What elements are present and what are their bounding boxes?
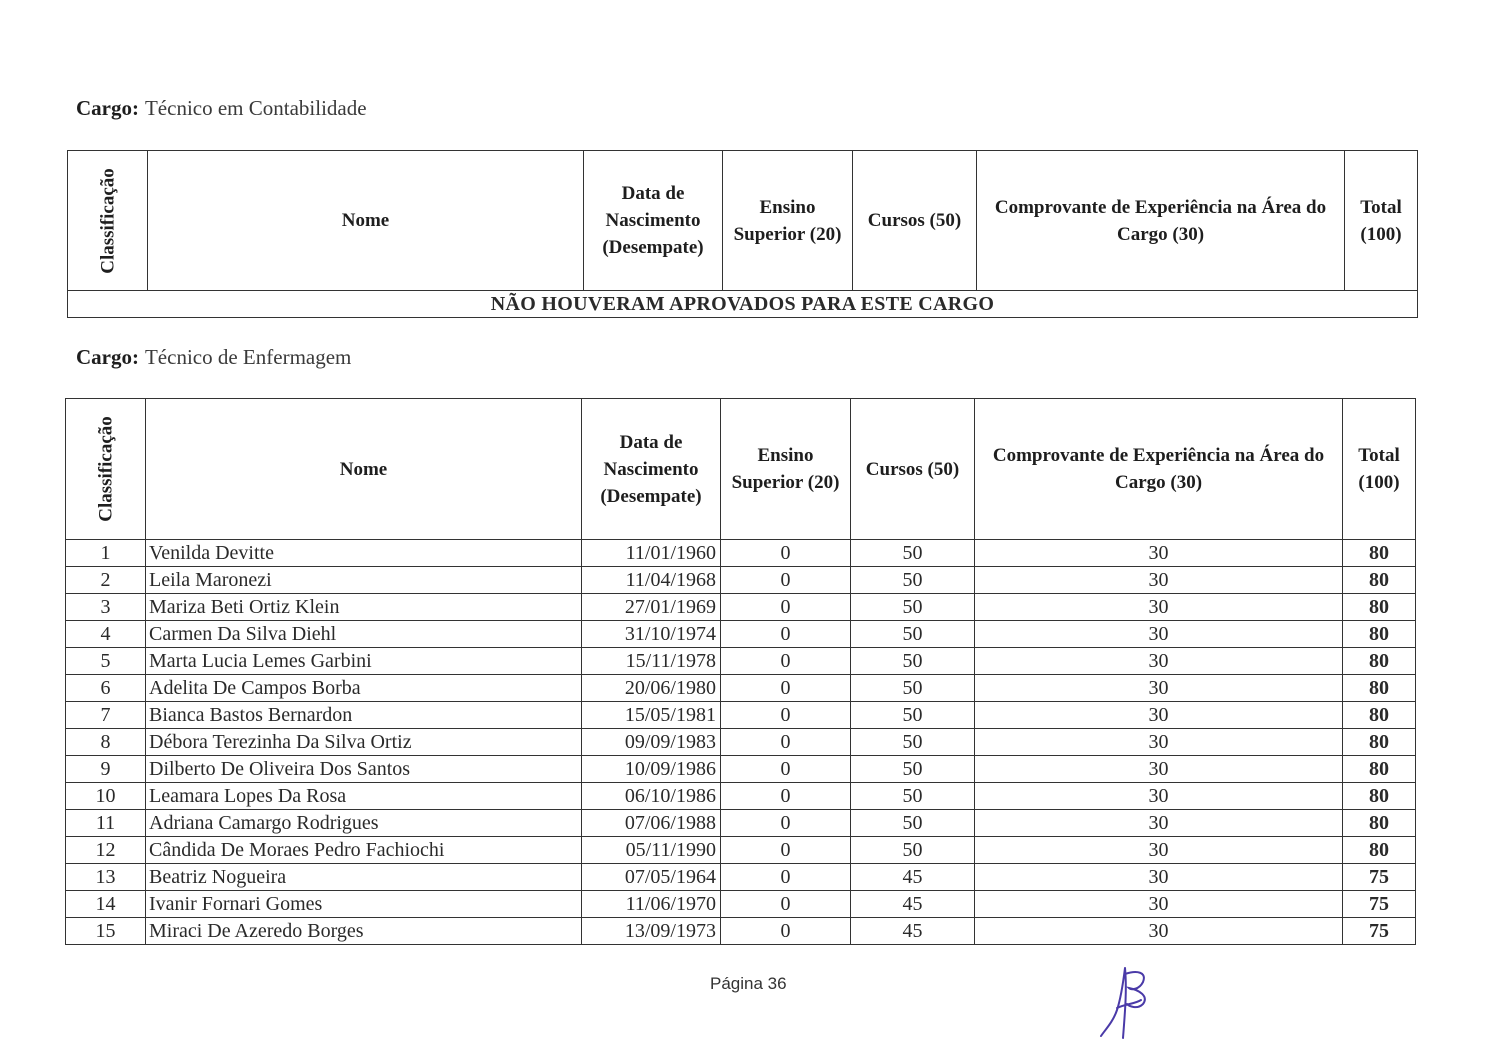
ensino-cell: 0 [721,783,851,810]
total-cell: 80 [1343,756,1416,783]
name-cell: Venilda Devitte [146,540,582,567]
ensino-cell: 0 [721,891,851,918]
table-row: 8Débora Terezinha Da Silva Ortiz09/09/19… [66,729,1416,756]
table-enfermagem: Classificação Nome Data de Nascimento (D… [65,398,1416,945]
rank-cell: 1 [66,540,146,567]
experiencia-cell: 30 [975,810,1343,837]
header-total: Total (100) [1345,151,1418,291]
birth-date-cell: 07/05/1964 [582,864,721,891]
rank-cell: 13 [66,864,146,891]
experiencia-cell: 30 [975,729,1343,756]
total-cell: 80 [1343,648,1416,675]
ensino-cell: 0 [721,837,851,864]
name-cell: Mariza Beti Ortiz Klein [146,594,582,621]
birth-date-cell: 07/06/1988 [582,810,721,837]
experiencia-cell: 30 [975,864,1343,891]
page-number: Página 36 [710,974,787,994]
experiencia-cell: 30 [975,594,1343,621]
table-row: 9Dilberto De Oliveira Dos Santos10/09/19… [66,756,1416,783]
name-cell: Adriana Camargo Rodrigues [146,810,582,837]
header-experiencia: Comprovante de Experiência na Área do Ca… [977,151,1345,291]
table-row: 4Carmen Da Silva Diehl31/10/19740503080 [66,621,1416,648]
name-cell: Débora Terezinha Da Silva Ortiz [146,729,582,756]
total-cell: 80 [1343,594,1416,621]
cursos-cell: 50 [851,675,975,702]
rank-cell: 11 [66,810,146,837]
cargo-title-enfermagem: Cargo:Técnico de Enfermagem [76,345,351,370]
cargo-title-contabilidade: Cargo:Técnico em Contabilidade [76,96,367,121]
cursos-cell: 50 [851,648,975,675]
total-cell: 80 [1343,567,1416,594]
cursos-cell: 50 [851,567,975,594]
header-classificacao: Classificação [68,151,148,291]
cursos-cell: 50 [851,621,975,648]
name-cell: Dilberto De Oliveira Dos Santos [146,756,582,783]
no-approved-message: NÃO HOUVERAM APROVADOS PARA ESTE CARGO [68,291,1418,318]
rank-cell: 6 [66,675,146,702]
ensino-cell: 0 [721,864,851,891]
total-cell: 80 [1343,783,1416,810]
table-row: 3Mariza Beti Ortiz Klein27/01/1969050308… [66,594,1416,621]
ensino-cell: 0 [721,648,851,675]
total-cell: 80 [1343,621,1416,648]
name-cell: Miraci De Azeredo Borges [146,918,582,945]
rank-cell: 9 [66,756,146,783]
table-row: 15Miraci De Azeredo Borges13/09/19730453… [66,918,1416,945]
name-cell: Leila Maronezi [146,567,582,594]
cargo-value: Técnico de Enfermagem [145,345,351,369]
cursos-cell: 45 [851,864,975,891]
total-cell: 75 [1343,891,1416,918]
header-ensino: Ensino Superior (20) [721,399,851,540]
total-cell: 80 [1343,837,1416,864]
name-cell: Ivanir Fornari Gomes [146,891,582,918]
table-row: 6Adelita De Campos Borba20/06/1980050308… [66,675,1416,702]
table-row: 14Ivanir Fornari Gomes11/06/19700453075 [66,891,1416,918]
ensino-cell: 0 [721,621,851,648]
birth-date-cell: 20/06/1980 [582,675,721,702]
cursos-cell: 50 [851,837,975,864]
birth-date-cell: 15/05/1981 [582,702,721,729]
rank-cell: 8 [66,729,146,756]
cursos-cell: 45 [851,891,975,918]
name-cell: Adelita De Campos Borba [146,675,582,702]
rank-cell: 12 [66,837,146,864]
table-row: 2Leila Maronezi11/04/19680503080 [66,567,1416,594]
total-cell: 80 [1343,729,1416,756]
cursos-cell: 50 [851,702,975,729]
birth-date-cell: 09/09/1983 [582,729,721,756]
rank-cell: 2 [66,567,146,594]
table-row: 11Adriana Camargo Rodrigues07/06/1988050… [66,810,1416,837]
name-cell: Beatriz Nogueira [146,864,582,891]
header-cursos: Cursos (50) [853,151,977,291]
rank-cell: 7 [66,702,146,729]
experiencia-cell: 30 [975,837,1343,864]
name-cell: Marta Lucia Lemes Garbini [146,648,582,675]
cursos-cell: 50 [851,783,975,810]
birth-date-cell: 11/04/1968 [582,567,721,594]
total-cell: 80 [1343,810,1416,837]
ensino-cell: 0 [721,675,851,702]
ensino-cell: 0 [721,729,851,756]
birth-date-cell: 31/10/1974 [582,621,721,648]
table-row: 13Beatriz Nogueira07/05/19640453075 [66,864,1416,891]
table-row: 12Cândida De Moraes Pedro Fachiochi05/11… [66,837,1416,864]
cursos-cell: 50 [851,756,975,783]
cursos-cell: 50 [851,729,975,756]
experiencia-cell: 30 [975,540,1343,567]
birth-date-cell: 10/09/1986 [582,756,721,783]
cargo-value: Técnico em Contabilidade [145,96,367,120]
rank-cell: 15 [66,918,146,945]
ensino-cell: 0 [721,756,851,783]
experiencia-cell: 30 [975,648,1343,675]
total-cell: 80 [1343,540,1416,567]
header-nome: Nome [146,399,582,540]
rank-cell: 5 [66,648,146,675]
rank-cell: 3 [66,594,146,621]
birth-date-cell: 11/06/1970 [582,891,721,918]
header-cursos: Cursos (50) [851,399,975,540]
cursos-cell: 50 [851,540,975,567]
ensino-cell: 0 [721,594,851,621]
ensino-cell: 0 [721,810,851,837]
table-row: 1Venilda Devitte11/01/19600503080 [66,540,1416,567]
table-row: 7Bianca Bastos Bernardon15/05/1981050308… [66,702,1416,729]
experiencia-cell: 30 [975,918,1343,945]
experiencia-cell: 30 [975,702,1343,729]
total-cell: 75 [1343,864,1416,891]
birth-date-cell: 11/01/1960 [582,540,721,567]
cargo-label: Cargo: [76,345,139,369]
ensino-cell: 0 [721,702,851,729]
table-row: 5Marta Lucia Lemes Garbini15/11/19780503… [66,648,1416,675]
rank-cell: 10 [66,783,146,810]
experiencia-cell: 30 [975,621,1343,648]
total-cell: 75 [1343,918,1416,945]
name-cell: Bianca Bastos Bernardon [146,702,582,729]
total-cell: 80 [1343,675,1416,702]
name-cell: Cândida De Moraes Pedro Fachiochi [146,837,582,864]
header-experiencia: Comprovante de Experiência na Área do Ca… [975,399,1343,540]
table-contabilidade: Classificação Nome Data de Nascimento (D… [67,150,1418,318]
birth-date-cell: 15/11/1978 [582,648,721,675]
experiencia-cell: 30 [975,756,1343,783]
ensino-cell: 0 [721,918,851,945]
experiencia-cell: 30 [975,891,1343,918]
header-classificacao: Classificação [66,399,146,540]
experiencia-cell: 30 [975,567,1343,594]
header-nome: Nome [148,151,584,291]
experiencia-cell: 30 [975,783,1343,810]
signature-icon [1095,960,1165,1040]
birth-date-cell: 13/09/1973 [582,918,721,945]
ensino-cell: 0 [721,540,851,567]
header-data: Data de Nascimento (Desempate) [582,399,721,540]
birth-date-cell: 06/10/1986 [582,783,721,810]
cursos-cell: 45 [851,918,975,945]
cursos-cell: 50 [851,810,975,837]
name-cell: Leamara Lopes Da Rosa [146,783,582,810]
birth-date-cell: 05/11/1990 [582,837,721,864]
header-data: Data de Nascimento (Desempate) [584,151,723,291]
ensino-cell: 0 [721,567,851,594]
header-ensino: Ensino Superior (20) [723,151,853,291]
experiencia-cell: 30 [975,675,1343,702]
birth-date-cell: 27/01/1969 [582,594,721,621]
cursos-cell: 50 [851,594,975,621]
total-cell: 80 [1343,702,1416,729]
cargo-label: Cargo: [76,96,139,120]
table-row: 10Leamara Lopes Da Rosa06/10/19860503080 [66,783,1416,810]
header-total: Total (100) [1343,399,1416,540]
rank-cell: 14 [66,891,146,918]
rank-cell: 4 [66,621,146,648]
name-cell: Carmen Da Silva Diehl [146,621,582,648]
